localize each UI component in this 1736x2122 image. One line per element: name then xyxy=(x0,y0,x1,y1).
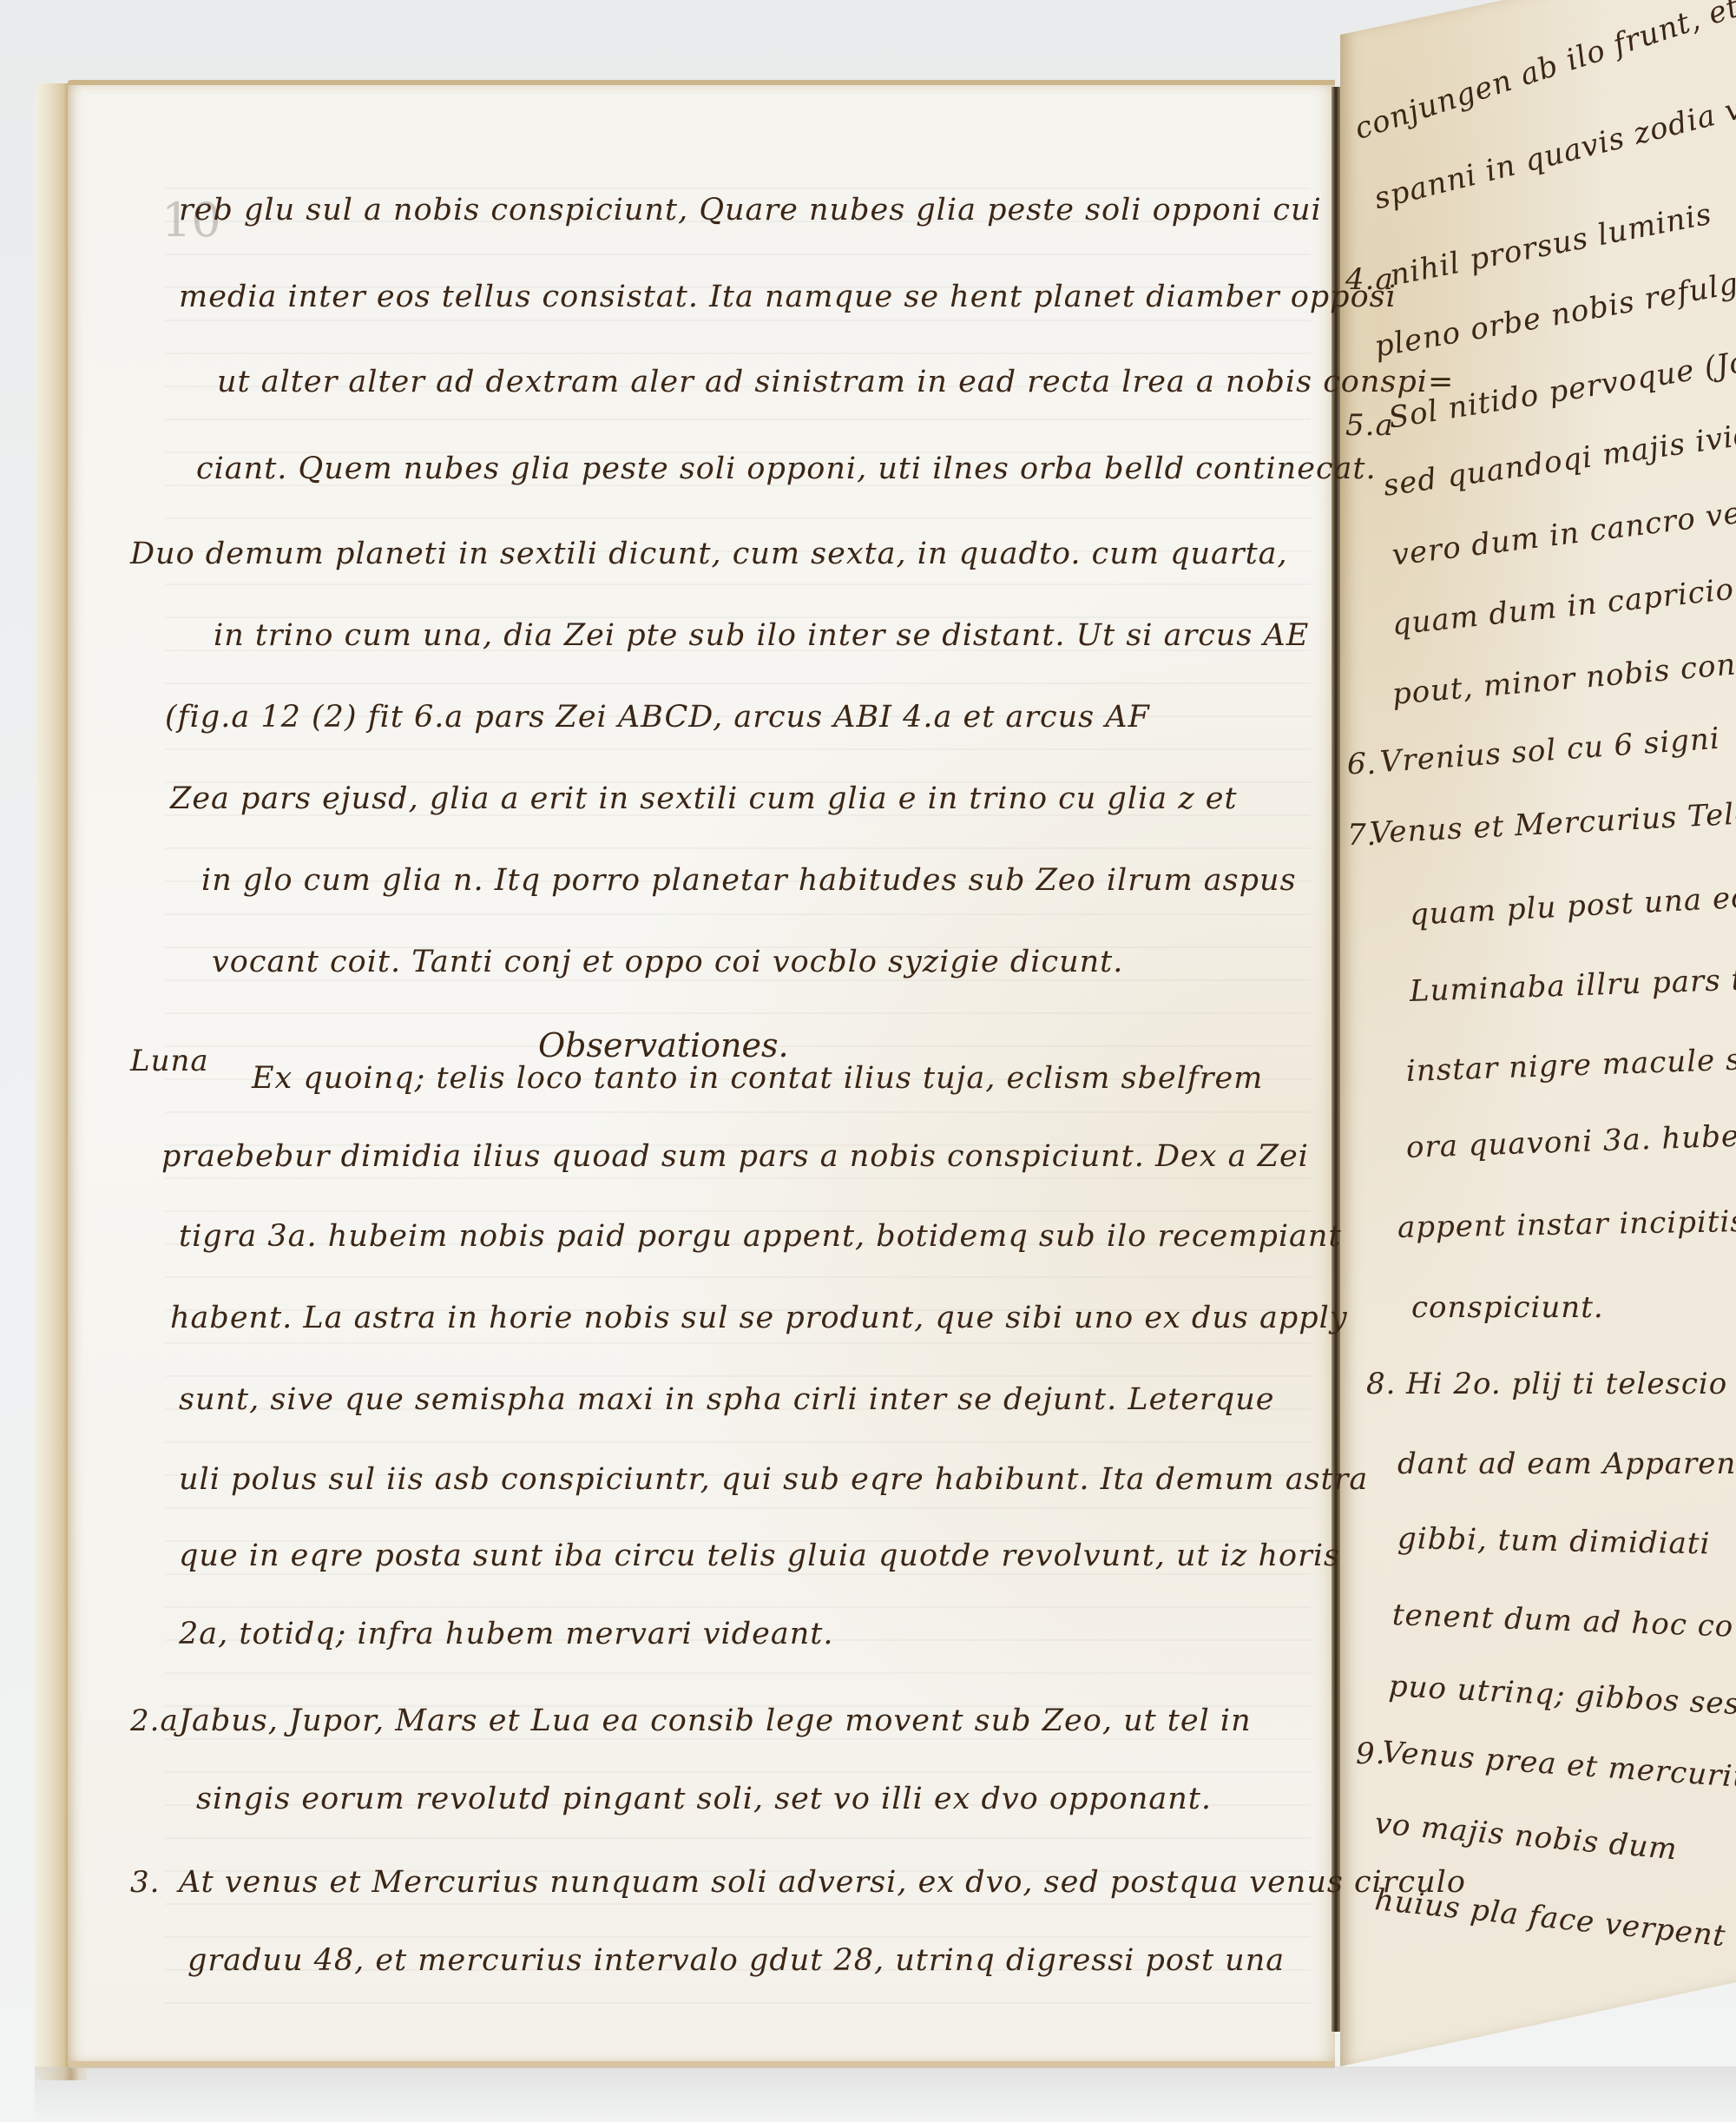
manuscript-photo: 10 reb glu sul a nobis conspiciunt, Quar… xyxy=(0,0,1736,2122)
text-line: pout, minor nobis consp xyxy=(1391,644,1736,712)
text-line: in glo cum glia n. Itq porro planetar ha… xyxy=(201,863,1297,898)
text-line: Duo demum planeti in sextili dicunt, cum… xyxy=(130,537,1288,571)
text-line: 2a, totidq; infra hubem mervari videant. xyxy=(179,1617,833,1651)
text-line: tenent dum ad hoc co xyxy=(1391,1598,1734,1644)
text-line: vero dum in cancro ve xyxy=(1391,496,1736,573)
text-line: Hi 2o. plij ti telescio i xyxy=(1406,1367,1736,1401)
text-line: ciant. Quem nubes glia peste soli opponi… xyxy=(196,451,1377,486)
text-line: media inter eos tellus consistat. Ita na… xyxy=(179,280,1397,314)
text-line: dant ad eam Apparent ,i xyxy=(1397,1447,1736,1481)
text-line: Luminaba illru pars t xyxy=(1409,963,1736,1009)
text-line: graduu 48, et mercurius intervalo gdut 2… xyxy=(187,1943,1285,1978)
text-line: instar nigre macule sel xyxy=(1405,1041,1736,1089)
text-line: Venus prea et mercurius a xyxy=(1381,1735,1736,1798)
text-line: sunt, sive que semispha maxi in spha cir… xyxy=(179,1382,1274,1417)
text-line: quam plu post una eorv xyxy=(1409,879,1736,932)
text-line: huius pla face verpent xyxy=(1373,1882,1727,1954)
text-line: gibbi, tum dimidiati xyxy=(1397,1521,1711,1561)
section-heading: Observationes. xyxy=(538,1026,789,1064)
text-line: Vrenius sol cu 6 signi xyxy=(1379,722,1721,780)
text-line: singis eorum revolutd pingant soli, set … xyxy=(196,1782,1212,1816)
text-line: puo utrinq; gibbos sese xyxy=(1388,1669,1736,1723)
right-page-text: conjungen ab ilo frunt, et spanni in qua… xyxy=(1340,35,1736,2066)
margin-marker: 2.a xyxy=(130,1704,179,1738)
text-line: Ex quoinq; telis loco tanto in contat il… xyxy=(252,1061,1263,1096)
text-line: reb glu sul a nobis conspiciunt, Quare n… xyxy=(179,193,1322,227)
margin-marker: 4.a xyxy=(1345,262,1394,297)
text-line: conspiciunt. xyxy=(1411,1290,1604,1325)
text-line: que in eqre posta sunt iba circu telis g… xyxy=(179,1539,1340,1573)
text-line: Zea pars ejusd, glia a erit in sextili c… xyxy=(170,781,1238,816)
text-line: ut alter alter ad dextram aler ad sinist… xyxy=(217,365,1454,399)
text-line: in trino cum una, dia Zei pte sub ilo in… xyxy=(214,618,1309,653)
margin-marker: 5.a xyxy=(1345,408,1394,443)
margin-marker: 8. xyxy=(1366,1367,1396,1401)
text-line: Venus et Mercurius Teleg xyxy=(1369,795,1736,851)
text-line: ora quavoni 3a. hubeim xyxy=(1405,1117,1736,1165)
margin-marker: 6. xyxy=(1347,747,1377,781)
text-line: praebebur dimidia ilius quoad sum pars a… xyxy=(161,1139,1309,1174)
text-line: habent. La astra in horie nobis sul se p… xyxy=(170,1301,1348,1335)
text-line: At venus et Mercurius nunquam soli adver… xyxy=(179,1865,1466,1900)
text-line: appent instar incipitis xyxy=(1397,1204,1736,1245)
text-line: vocant coit. Tanti conj et oppo coi vocb… xyxy=(212,945,1123,979)
margin-marker: 3. xyxy=(130,1865,160,1900)
margin-marker: Luna xyxy=(130,1044,209,1078)
text-line: tigra 3a. hubeim nobis paid porgu appent… xyxy=(179,1219,1342,1254)
text-line: quam dum in capricio xyxy=(1391,572,1736,643)
text-line: vo majis nobis dum xyxy=(1373,1806,1679,1867)
text-line: (fig.a 12 (2) fit 6.a pars Zei ABCD, arc… xyxy=(165,700,1150,735)
text-line: Jabus, Jupor, Mars et Lua ea consib lege… xyxy=(179,1704,1252,1738)
text-line: uli polus sul iis asb conspiciuntr, qui … xyxy=(179,1462,1368,1497)
table-shadow xyxy=(35,2066,1736,2122)
